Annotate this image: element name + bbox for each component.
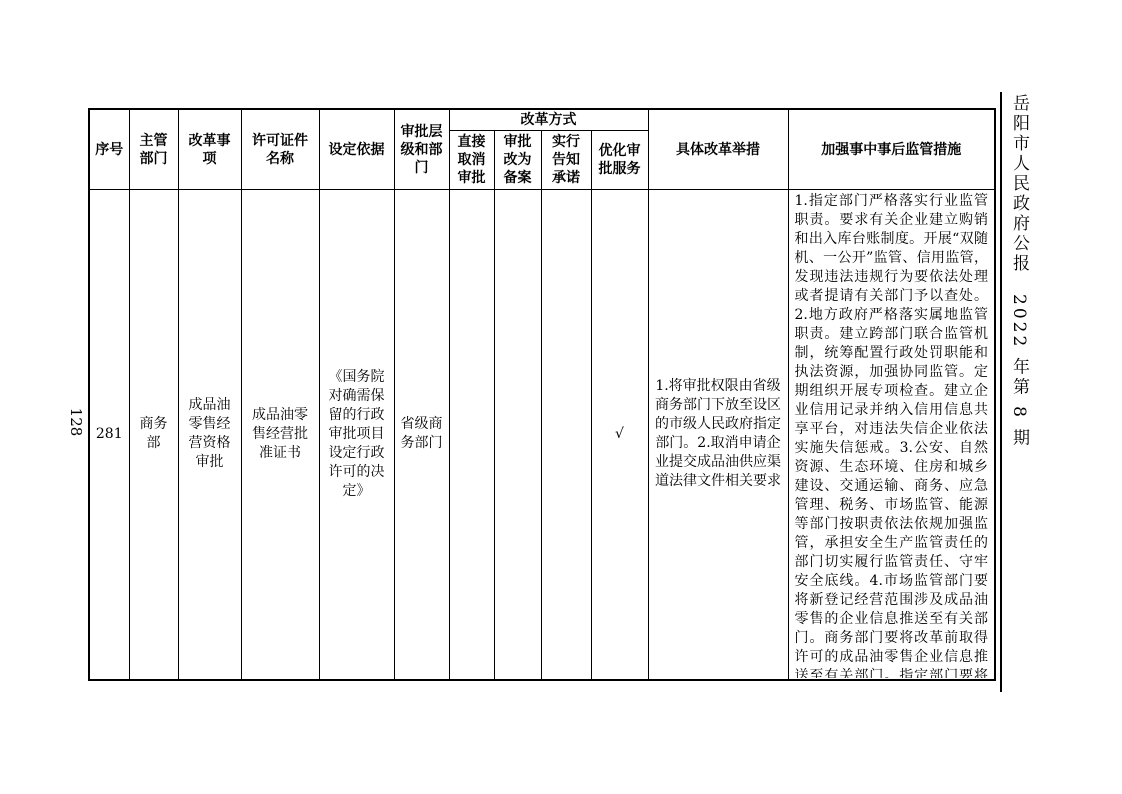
cell-reform-item: 成品油零售经营资格审批 — [178, 190, 241, 680]
col-header-notify-commitment: 实行告知承诺 — [541, 131, 591, 190]
col-header-seq: 序号 — [89, 109, 129, 190]
col-header-optimize: 优化审批服务 — [591, 131, 648, 190]
cell-cancel — [449, 190, 494, 680]
col-header-license-name: 许可证件名称 — [241, 109, 319, 190]
cell-supervision: 1.指定部门严格落实行业监管职责。要求有关企业建立购销和出入库台账制度。开展“双… — [788, 190, 995, 680]
margin-divider — [1000, 92, 1002, 692]
cell-basis: 《国务院对确需保留的行政审批项目设定行政许可的决定》 — [319, 190, 394, 680]
header-row-top: 序号 主管部门 改革事项 许可证件名称 设定依据 审批层级和部门 改革方式 具体… — [89, 109, 995, 131]
cell-license-name: 成品油零售经营批准证书 — [241, 190, 319, 680]
col-header-dept: 主管部门 — [129, 109, 178, 190]
reform-table: 序号 主管部门 改革事项 许可证件名称 设定依据 审批层级和部门 改革方式 具体… — [88, 108, 996, 681]
cell-to-record — [494, 190, 541, 680]
page-number: 128 — [65, 405, 85, 439]
col-header-supervision: 加强事中事后监管措施 — [788, 109, 995, 190]
col-header-cancel: 直接取消审批 — [449, 131, 494, 190]
cell-approval-level: 省级商务部门 — [394, 190, 449, 680]
supervision-text: 1.指定部门严格落实行业监管职责。要求有关企业建立购销和出入库台账制度。开展“双… — [795, 192, 989, 678]
gazette-page: 128 岳阳市人民政府公报 2022 年第 8 期 序号 主管部门 改革事项 许… — [0, 0, 1122, 794]
col-header-to-record: 审批改为备案 — [494, 131, 541, 190]
col-header-reform-mode: 改革方式 — [449, 109, 648, 131]
cell-measures: 1.将审批权限由省级商务部门下放至设区的市级人民政府指定部门。2.取消申请企业提… — [648, 190, 788, 680]
cell-dept: 商务部 — [129, 190, 178, 680]
col-header-basis: 设定依据 — [319, 109, 394, 190]
col-header-approval-level: 审批层级和部门 — [394, 109, 449, 190]
col-header-reform-item: 改革事项 — [178, 109, 241, 190]
cell-seq: 281 — [89, 190, 129, 680]
col-header-measures: 具体改革举措 — [648, 109, 788, 190]
cell-notify-commitment — [541, 190, 591, 680]
margin-caption: 岳阳市人民政府公报 2022 年第 8 期 — [1007, 94, 1032, 714]
cell-optimize-checkmark: √ — [591, 190, 648, 680]
table-row: 281 商务部 成品油零售经营资格审批 成品油零售经营批准证书 《国务院对确需保… — [89, 190, 995, 680]
